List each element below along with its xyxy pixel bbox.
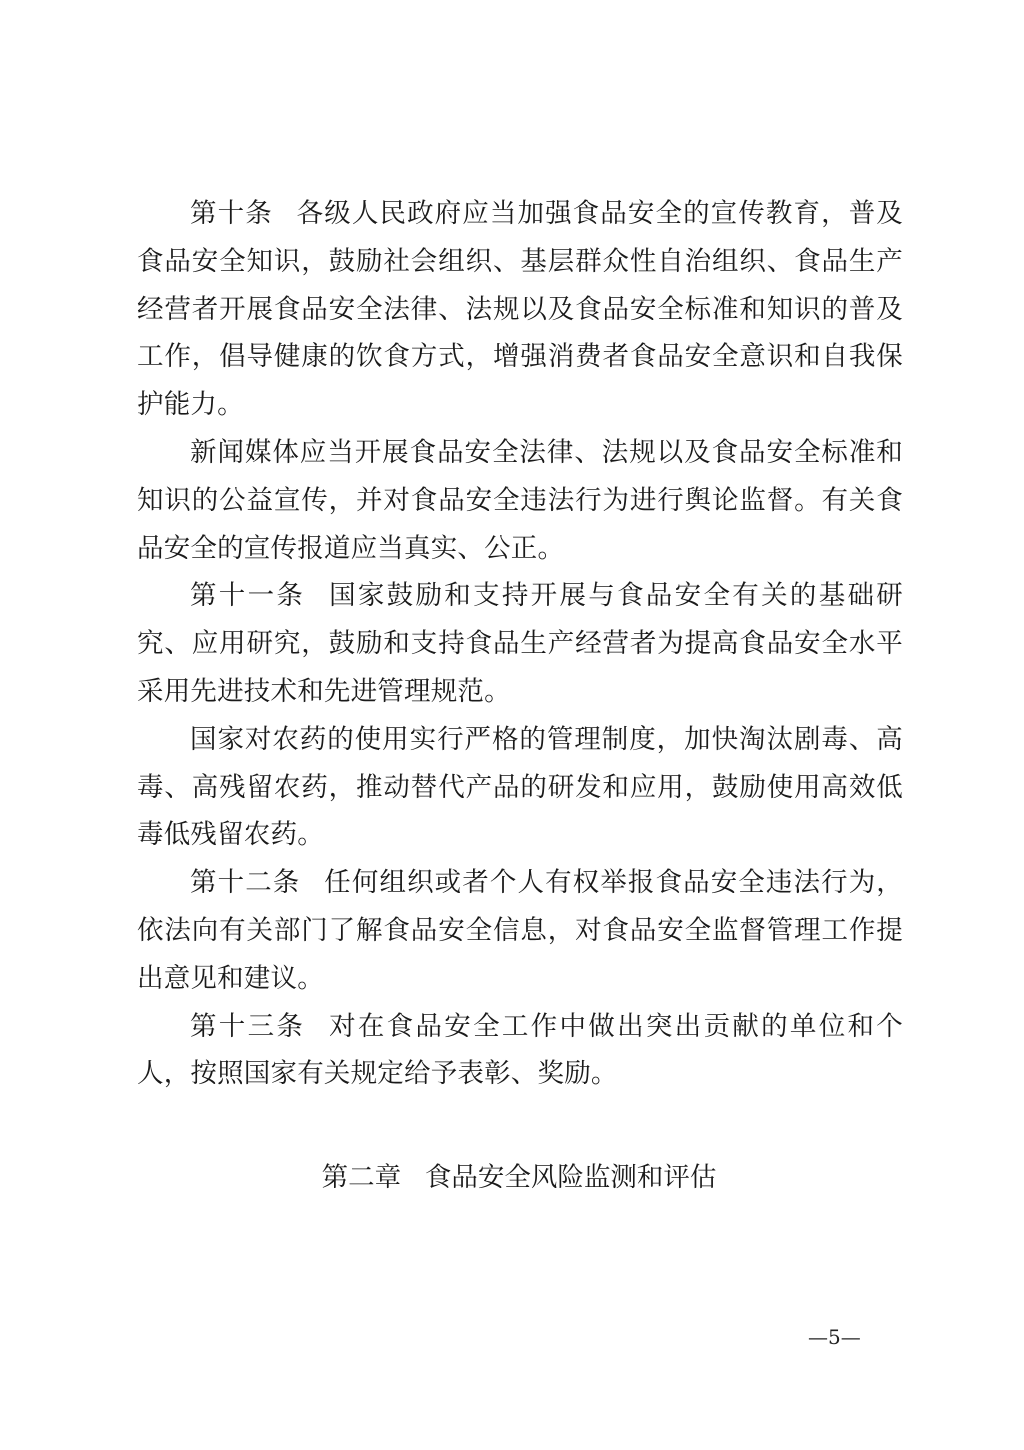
paragraph-article-12: 第十二条任何组织或者个人有权举报食品安全违法行为，依法向有关部门了解食品安全信息… — [137, 859, 903, 1002]
chapter-number: 第二章 — [322, 1162, 402, 1193]
document-body: 第十条各级人民政府应当加强食品安全的宣传教育，普及食品安全知识，鼓励社会组织、基… — [137, 190, 903, 1098]
paragraph-text: 国家对农药的使用实行严格的管理制度，加快淘汰剧毒、高毒、高残留农药，推动替代产品… — [137, 724, 903, 851]
paragraph-text: 新闻媒体应当开展食品安全法律、法规以及食品安全标准和知识的公益宣传，并对食品安全… — [137, 437, 903, 564]
article-number: 第十二条 — [190, 867, 300, 898]
paragraph-text: 各级人民政府应当加强食品安全的宣传教育，普及食品安全知识，鼓励社会组织、基层群众… — [137, 198, 903, 420]
paragraph-article-13: 第十三条对在食品安全工作中做出突出贡献的单位和个人，按照国家有关规定给予表彰、奖… — [137, 1003, 903, 1099]
page-number: —5— — [808, 1325, 861, 1349]
article-number: 第十三条 — [190, 1011, 305, 1042]
paragraph-article-10: 第十条各级人民政府应当加强食品安全的宣传教育，普及食品安全知识，鼓励社会组织、基… — [137, 190, 903, 429]
paragraph-pesticides: 国家对农药的使用实行严格的管理制度，加快淘汰剧毒、高毒、高残留农药，推动替代产品… — [137, 716, 903, 859]
article-number: 第十一条 — [190, 580, 305, 611]
paragraph-media: 新闻媒体应当开展食品安全法律、法规以及食品安全标准和知识的公益宣传，并对食品安全… — [137, 429, 903, 572]
chapter-title: 食品安全风险监测和评估 — [425, 1162, 717, 1193]
article-number: 第十条 — [190, 198, 273, 229]
chapter-heading: 第二章食品安全风险监测和评估 — [0, 1154, 1024, 1202]
paragraph-article-11: 第十一条国家鼓励和支持开展与食品安全有关的基础研究、应用研究，鼓励和支持食品生产… — [137, 572, 903, 715]
